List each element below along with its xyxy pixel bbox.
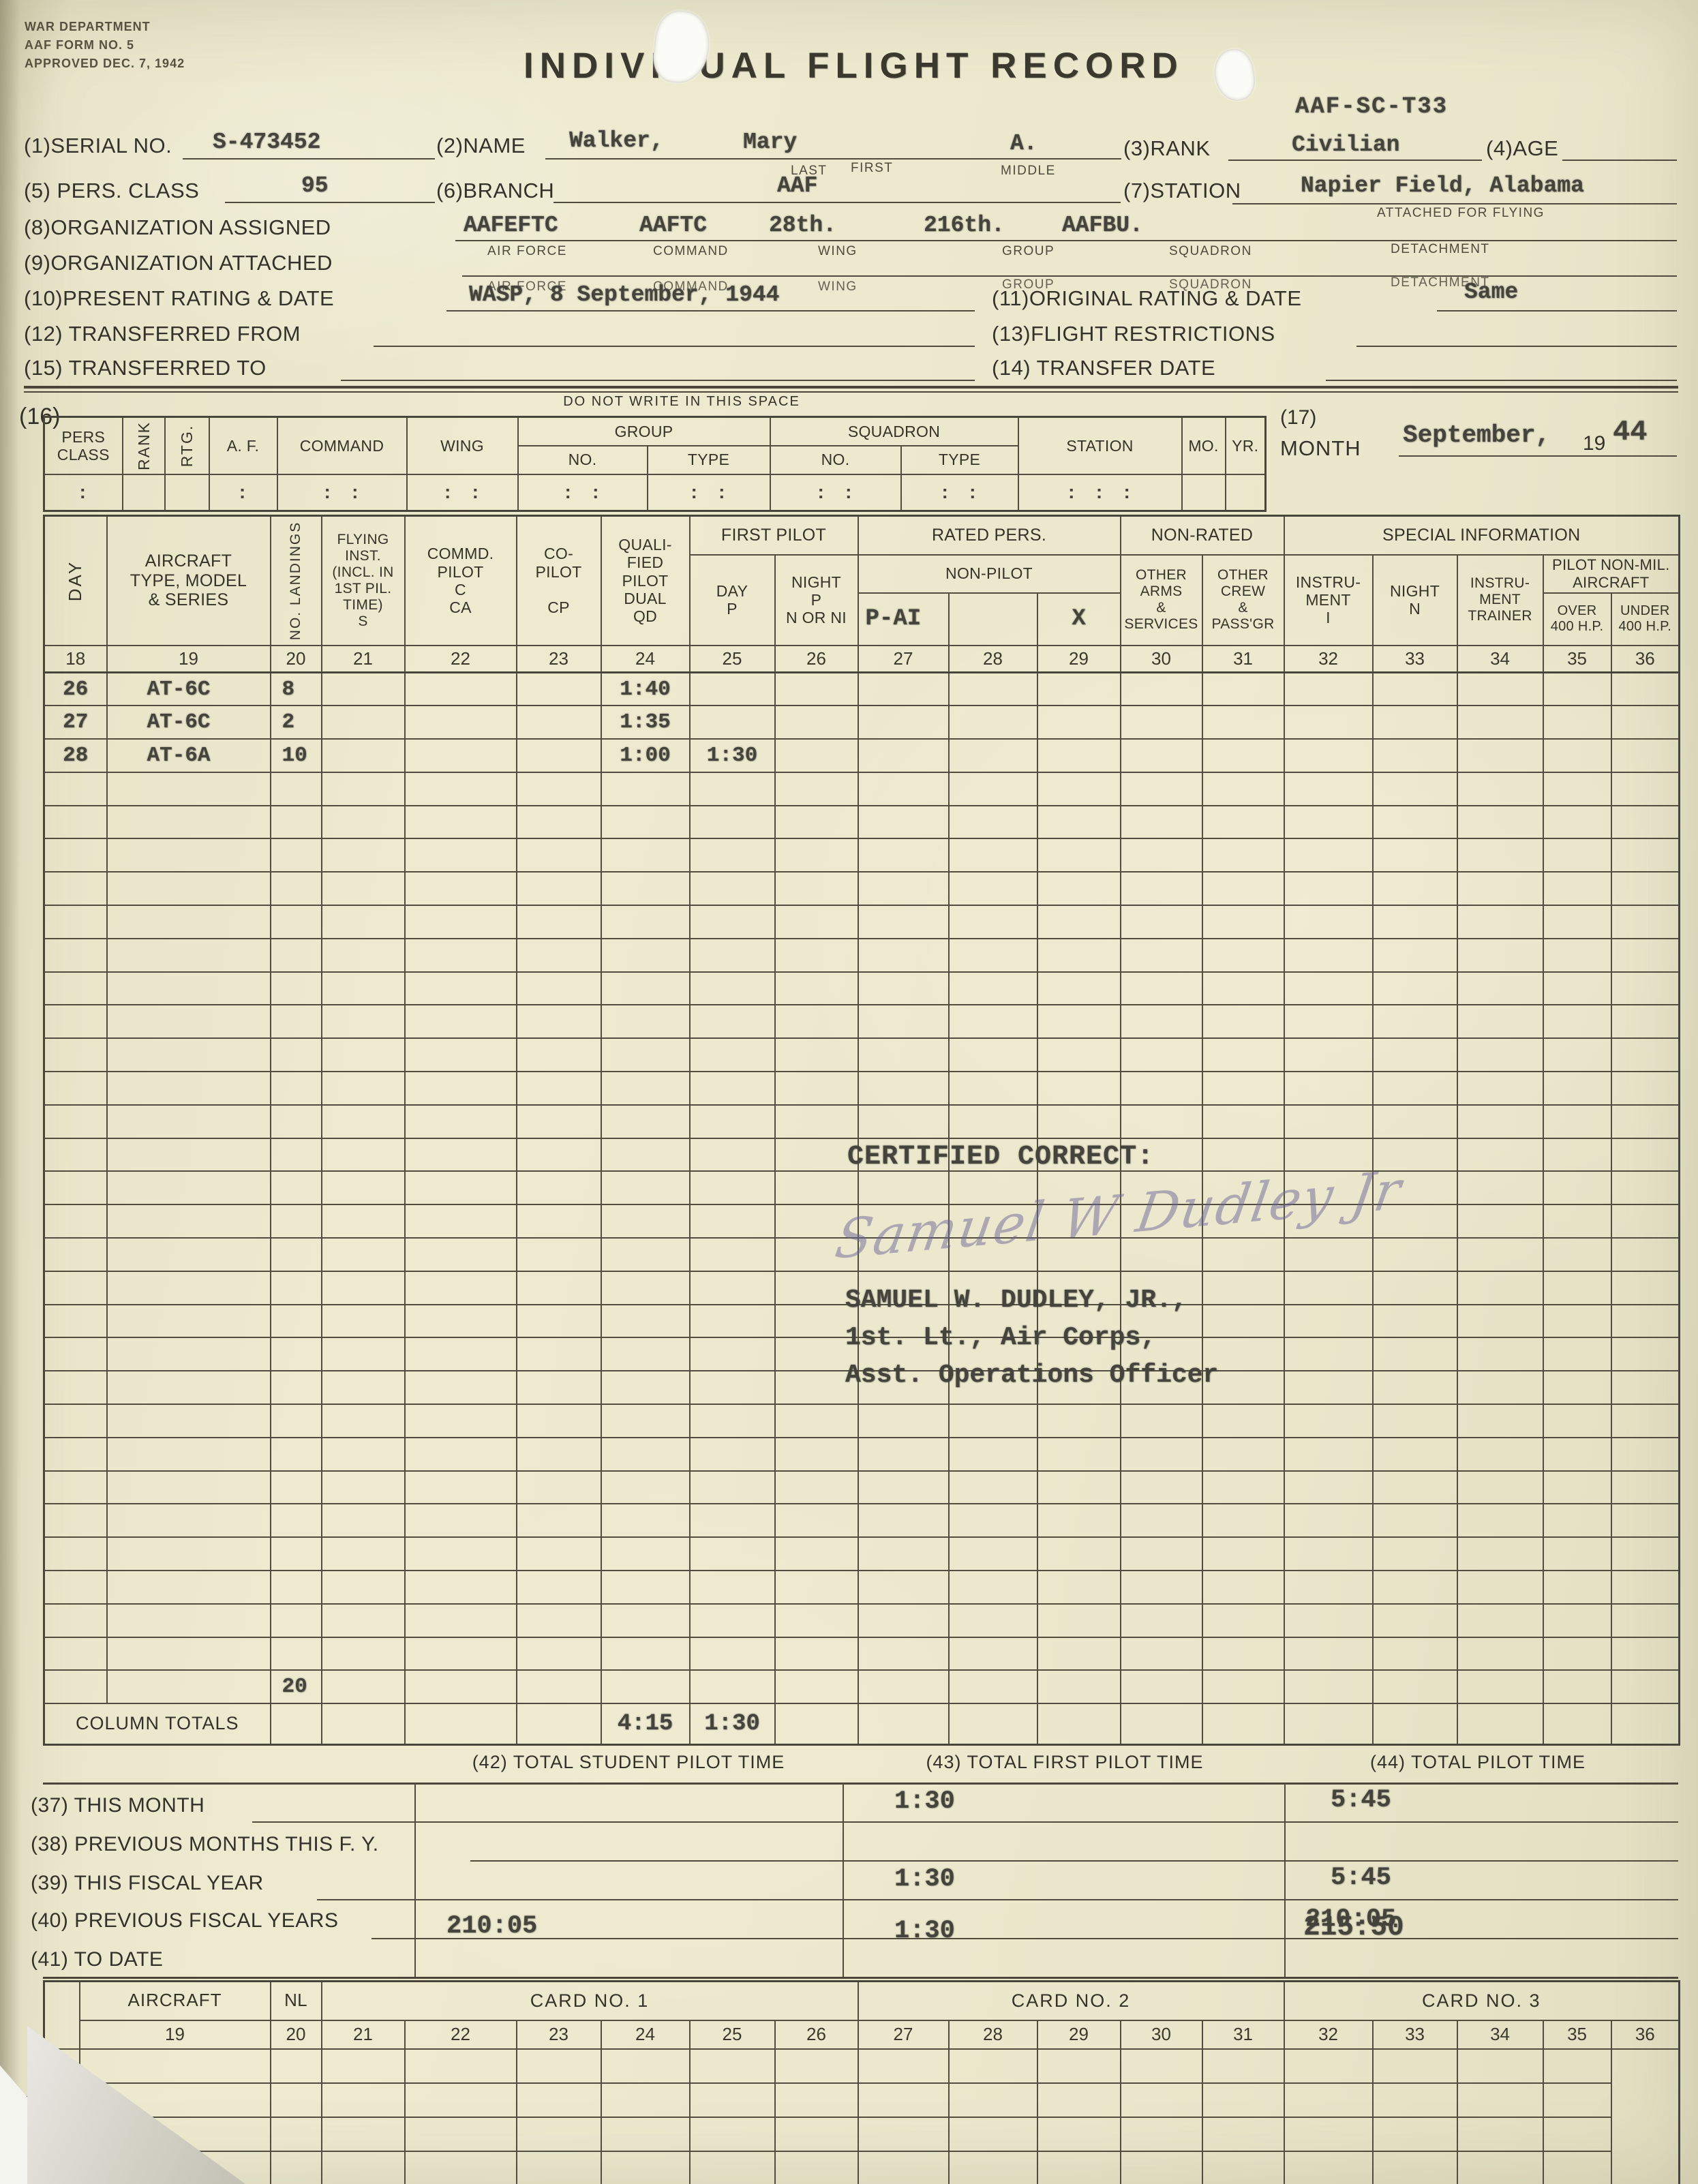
card-cell [690, 2049, 775, 2083]
flight-cell [405, 1238, 517, 1271]
month-underline [1399, 455, 1677, 457]
row37-underline [252, 1821, 1678, 1823]
name-first-value: Mary [743, 130, 797, 155]
card-column-number: 34 [1457, 2020, 1543, 2049]
col-mo: MO. [1182, 417, 1226, 474]
col-squadron: SQUADRON [770, 417, 1018, 446]
group-sublabel: GROUP [1002, 244, 1055, 259]
card-cell [271, 2117, 322, 2151]
flight-cell [690, 1271, 775, 1305]
flight-cell [517, 739, 601, 772]
col-instrument: INSTRU- MENT I [1284, 555, 1373, 646]
flight-cell [405, 1305, 517, 1338]
flight-cell [517, 872, 601, 905]
flight-cell [775, 1072, 858, 1105]
org-attached-underline [462, 275, 1677, 277]
flight-cell [107, 939, 271, 972]
card-cell [1121, 2151, 1202, 2184]
flight-cell [271, 872, 322, 905]
col-group-no: NO. [518, 446, 648, 474]
column-number: 34 [1457, 646, 1543, 673]
col-under-400: UNDER 400 H.P. [1611, 593, 1680, 646]
flight-cell [107, 1571, 271, 1604]
flight-row [44, 1537, 1680, 1571]
flight-cell [1611, 1537, 1680, 1571]
flight-cell [1543, 1138, 1611, 1172]
flight-cell [1373, 1072, 1457, 1105]
org-assigned-group: 216th. [924, 213, 1005, 238]
flight-cell [949, 1105, 1037, 1138]
card-col-aircraft: AIRCRAFT [80, 1982, 271, 2020]
flight-cell [1037, 838, 1121, 872]
flight-cell [271, 1537, 322, 1571]
flight-cell [858, 1637, 949, 1671]
flight-cell [1202, 1438, 1284, 1471]
flight-cell [271, 838, 322, 872]
flight-cell [1121, 1072, 1202, 1105]
flight-cell [601, 1471, 690, 1504]
flight-cell [405, 972, 517, 1005]
card-cell [322, 2083, 405, 2117]
flight-cell [1543, 706, 1611, 739]
flight-cell [1373, 1005, 1457, 1038]
present-rating-value: WASP, 8 September, 1944 [469, 282, 779, 307]
flight-cell [775, 838, 858, 872]
flight-cell [690, 838, 775, 872]
card-cell [949, 2083, 1037, 2117]
squadron-sublabel: SQUADRON [1169, 244, 1252, 259]
flight-cell [107, 1438, 271, 1471]
flight-cell [517, 1271, 601, 1305]
flight-cell [322, 673, 405, 706]
flight-cell [1543, 1171, 1611, 1204]
flight-cell [1373, 1571, 1457, 1604]
flight-cell [405, 1537, 517, 1571]
flight-cell [107, 806, 271, 839]
row38-underline [470, 1860, 1678, 1862]
flight-cell [405, 1171, 517, 1204]
flight-cell [1543, 1005, 1611, 1038]
flight-cell [107, 1005, 271, 1038]
flight-cell [1202, 1038, 1284, 1072]
flight-cell [1611, 939, 1680, 972]
flight-cell [322, 706, 405, 739]
flight-cell [517, 1604, 601, 1637]
flight-cell [405, 1337, 517, 1371]
flight-cell [44, 1371, 107, 1404]
flight-cell [44, 1072, 107, 1105]
flight-cell [775, 1404, 858, 1438]
flight-row [44, 1404, 1680, 1438]
card-cell [1373, 2117, 1457, 2151]
flight-cell [1611, 1670, 1680, 1703]
flight-cell [517, 1471, 601, 1504]
flight-cell [1202, 1637, 1284, 1671]
flight-cell [1202, 1404, 1284, 1438]
transfer-date-underline [1326, 380, 1677, 381]
org-assigned-airforce: AAFEFTC [464, 213, 558, 238]
flight-cell [601, 1670, 690, 1703]
flight-cell [1457, 1404, 1543, 1438]
card-cell [1284, 2049, 1373, 2083]
card-column-number: 30 [1121, 2020, 1202, 2049]
flight-cell [601, 939, 690, 972]
flight-cell [1037, 1604, 1121, 1637]
flight-cell [1373, 1604, 1457, 1637]
flight-cell [44, 1504, 107, 1537]
card-cell [1543, 2049, 1611, 2083]
original-rating-underline [1437, 310, 1677, 312]
transferred-to-label: (15) TRANSFERRED TO [24, 356, 267, 380]
flight-cell [949, 1670, 1037, 1703]
detachment-sublabel: DETACHMENT [1391, 242, 1490, 257]
flight-cell [775, 1138, 858, 1172]
wing-sublabel-2: WING [818, 279, 858, 294]
flight-cell [1611, 1238, 1680, 1271]
card-cell [1037, 2117, 1121, 2151]
flight-cell [858, 1537, 949, 1571]
flight-cell [107, 1471, 271, 1504]
flight-cell [949, 939, 1037, 972]
col-command: COMMAND [277, 417, 407, 474]
flight-cell [322, 838, 405, 872]
flight-cell [1543, 1438, 1611, 1471]
flight-cell [1373, 1504, 1457, 1537]
card-cell [858, 2151, 949, 2184]
first-sublabel: FIRST [851, 161, 893, 176]
col-pers-class: PERS CLASS [44, 417, 123, 474]
flight-cell [1543, 1404, 1611, 1438]
column-number: 32 [1284, 646, 1373, 673]
flight-cell [271, 939, 322, 972]
org-assigned-wing: 28th. [769, 213, 836, 238]
card-column-number: 22 [405, 2020, 517, 2049]
flight-cell [44, 1537, 107, 1571]
flight-cell [601, 1005, 690, 1038]
flight-cell [775, 1171, 858, 1204]
flight-cell [601, 1371, 690, 1404]
flight-cell [1284, 673, 1373, 706]
flight-cell [601, 1337, 690, 1371]
col-over-400: OVER 400 H.P. [1543, 593, 1611, 646]
flight-cell [1373, 905, 1457, 939]
to-date-student: 210:05 [446, 1912, 537, 1941]
flight-cell: 8 [271, 673, 322, 706]
flight-cell [517, 1670, 601, 1703]
card-cell [858, 2117, 949, 2151]
row39-underline [317, 1899, 1678, 1900]
card-cell [1202, 2151, 1284, 2184]
flight-cell [517, 1038, 601, 1072]
col-other-crew: OTHER CREW & PASS'GR [1202, 555, 1284, 646]
flight-cell [271, 772, 322, 806]
pers-class-label: (5) PERS. CLASS [24, 179, 199, 203]
flight-cell [517, 1404, 601, 1438]
flight-cell [1457, 1571, 1543, 1604]
flight-cell [1543, 939, 1611, 972]
branch-underline [554, 202, 1121, 203]
flight-cell [601, 1571, 690, 1604]
flight-cell [690, 1005, 775, 1038]
card-no-2: CARD NO. 2 [858, 1982, 1284, 2020]
flight-cell [775, 1670, 858, 1703]
flight-cell: 2 [271, 706, 322, 739]
flight-cell [322, 1438, 405, 1471]
col-wing: WING [407, 417, 518, 474]
flight-cell [1037, 1404, 1121, 1438]
flight-cell [1284, 1670, 1373, 1703]
flight-cell [405, 872, 517, 905]
flight-cell [517, 673, 601, 706]
flight-cell [601, 1204, 690, 1238]
flight-cell [1611, 1404, 1680, 1438]
card-table: AIRCRAFT NL CARD NO. 1 CARD NO. 2 CARD N… [43, 1980, 1680, 2184]
flight-cell [1457, 1504, 1543, 1537]
card-cell [690, 2083, 775, 2117]
card-cell [271, 2083, 322, 2117]
col-flying-inst: FLYING INST. (INCL. IN 1ST PIL. TIME) S [322, 516, 405, 646]
flight-cell [322, 1471, 405, 1504]
card-cell [1121, 2049, 1202, 2083]
flight-cell [949, 1604, 1037, 1637]
flight-cell [1037, 1637, 1121, 1671]
flight-cell [517, 1105, 601, 1138]
flight-cell [107, 1038, 271, 1072]
flight-cell [107, 1138, 271, 1172]
total-student-pilot-time-label: (42) TOTAL STUDENT PILOT TIME [424, 1752, 833, 1773]
flight-cell [1543, 1571, 1611, 1604]
flight-cell: 26 [44, 673, 107, 706]
flight-cell [1457, 872, 1543, 905]
flight-cell [405, 1005, 517, 1038]
flight-cell [1284, 1371, 1373, 1404]
flight-cell [1121, 1537, 1202, 1571]
flight-cell [1284, 1305, 1373, 1338]
flight-cell [405, 1404, 517, 1438]
total-first-pilot-day: 1:30 [690, 1703, 775, 1744]
card-cell [858, 2083, 949, 2117]
flight-cell [1611, 905, 1680, 939]
flight-cell [1121, 1571, 1202, 1604]
column-number: 29 [1037, 646, 1121, 673]
flight-cell [107, 1337, 271, 1371]
flight-row: 27AT-6C21:35 [44, 706, 1680, 739]
flight-cell [405, 673, 517, 706]
col-rank: RANK [123, 417, 165, 474]
flight-cell [690, 1571, 775, 1604]
certifier-rank: 1st. Lt., Air Corps, [845, 1323, 1156, 1352]
flight-row [44, 1105, 1680, 1138]
flight-cell [271, 1504, 322, 1537]
flight-cell [44, 772, 107, 806]
attached-for-flying-sublabel: ATTACHED FOR FLYING [1377, 206, 1545, 221]
transferred-to-underline [341, 380, 975, 381]
flight-cell [949, 1072, 1037, 1105]
flight-cell [1202, 772, 1284, 806]
flight-cell [1373, 806, 1457, 839]
flight-cell [1284, 939, 1373, 972]
card-cell [1457, 2117, 1543, 2151]
flight-cell [601, 1105, 690, 1138]
flight-cell [775, 972, 858, 1005]
flight-cell [322, 1371, 405, 1404]
flight-cell [271, 1604, 322, 1637]
flight-cell [949, 1005, 1037, 1038]
flight-cell [107, 1404, 271, 1438]
flight-cell [1037, 872, 1121, 905]
card-cell [1543, 2151, 1611, 2184]
flight-cell [1457, 1105, 1543, 1138]
flight-log-table: DAY AIRCRAFT TYPE, MODEL & SERIES NO. LA… [43, 515, 1680, 1746]
group-special-info: SPECIAL INFORMATION [1284, 516, 1680, 555]
flight-cell [1037, 673, 1121, 706]
flight-row [44, 1072, 1680, 1105]
card-table-body [44, 2049, 1680, 2184]
flight-cell [1373, 1038, 1457, 1072]
flight-cell [271, 1371, 322, 1404]
flight-row [44, 1571, 1680, 1604]
flight-cell [858, 1571, 949, 1604]
card-column-number: 32 [1284, 2020, 1373, 2049]
flight-cell: 1:40 [601, 673, 690, 706]
this-month-total: 5:45 [1331, 1786, 1391, 1815]
card-row [44, 2117, 1680, 2151]
flight-cell [690, 1138, 775, 1172]
flight-cell [107, 1670, 271, 1703]
flight-cell [1611, 972, 1680, 1005]
flight-cell [1457, 706, 1543, 739]
flight-cell [858, 772, 949, 806]
card-column-number: 29 [1037, 2020, 1121, 2049]
flight-cell [1611, 1471, 1680, 1504]
flight-cell [858, 706, 949, 739]
flight-cell [601, 1604, 690, 1637]
flight-cell [775, 739, 858, 772]
flight-cell [405, 1438, 517, 1471]
flight-cell [1373, 1670, 1457, 1703]
flight-cell [601, 905, 690, 939]
flight-cell [107, 905, 271, 939]
flight-cell [322, 1038, 405, 1072]
flight-row [44, 939, 1680, 972]
flight-cell [322, 1637, 405, 1671]
card-no-3: CARD NO. 3 [1284, 1982, 1680, 2020]
flight-cell [517, 1637, 601, 1671]
flight-cell [1457, 1371, 1543, 1404]
flight-cell [107, 1072, 271, 1105]
card-cell [949, 2151, 1037, 2184]
total-first-pilot-time-label: (43) TOTAL FIRST PILOT TIME [860, 1752, 1269, 1773]
station-value: Napier Field, Alabama [1301, 173, 1584, 198]
flight-cell [1373, 1471, 1457, 1504]
flight-cell [517, 1138, 601, 1172]
flight-cell [322, 1670, 405, 1703]
station-underline [1232, 203, 1677, 204]
flight-cell [1037, 1005, 1121, 1038]
flight-cell [1457, 1670, 1543, 1703]
card-cell [1543, 2117, 1611, 2151]
column-number: 30 [1121, 646, 1202, 673]
flight-cell [1202, 1571, 1284, 1604]
flight-cell [44, 838, 107, 872]
card-cell [775, 2049, 858, 2083]
flight-cell [1284, 1005, 1373, 1038]
card-no-1: CARD NO. 1 [322, 1982, 858, 2020]
flight-cell [1457, 1171, 1543, 1204]
serial-underline [183, 158, 435, 160]
card-cell [405, 2083, 517, 2117]
column-number: 36 [1611, 646, 1680, 673]
flight-cell [517, 1337, 601, 1371]
form-number-label: AAF FORM NO. 5 [25, 36, 185, 55]
flight-cell [775, 1571, 858, 1604]
flight-cell [1457, 1537, 1543, 1571]
flight-cell [1121, 1038, 1202, 1072]
flight-cell [601, 838, 690, 872]
flight-record-form: WAR DEPARTMENT AAF FORM NO. 5 APPROVED D… [0, 0, 1698, 2184]
flight-cell [1284, 1105, 1373, 1138]
flight-cell [949, 673, 1037, 706]
flight-cell [322, 739, 405, 772]
flight-cell [1457, 1438, 1543, 1471]
flight-cell: AT-6C [107, 673, 271, 706]
col-squadron-no: NO. [770, 446, 901, 474]
routing-table: PERS CLASS RANK RTG. A. F. COMMAND WING … [43, 416, 1267, 512]
flight-row [44, 806, 1680, 839]
flight-cell [271, 1337, 322, 1371]
flight-cell [1543, 1072, 1611, 1105]
flight-cell [1284, 838, 1373, 872]
row40-underline [372, 1938, 1678, 1939]
air-force-sublabel: AIR FORCE [487, 244, 567, 259]
flight-cell [44, 1305, 107, 1338]
flight-cell [601, 806, 690, 839]
flight-cell [690, 806, 775, 839]
flight-cell [405, 806, 517, 839]
flight-cell [44, 1204, 107, 1238]
flight-restrictions-label: (13)FLIGHT RESTRICTIONS [992, 322, 1275, 346]
flight-cell [1611, 1337, 1680, 1371]
flight-cell [1373, 1105, 1457, 1138]
flight-cell [405, 1504, 517, 1537]
flight-cell [44, 806, 107, 839]
flight-cell [690, 1038, 775, 1072]
certifier-name: SAMUEL W. DUDLEY, JR., [845, 1286, 1187, 1315]
flight-cell [858, 1438, 949, 1471]
flight-cell [1457, 806, 1543, 839]
flight-cell [1202, 1471, 1284, 1504]
flight-cell [44, 1670, 107, 1703]
flight-cell [690, 1471, 775, 1504]
card-cell [1457, 2083, 1543, 2117]
flight-cell [517, 1072, 601, 1105]
col-squadron-type: TYPE [901, 446, 1018, 474]
card-row [44, 2083, 1680, 2117]
flight-cell: AT-6A [107, 739, 271, 772]
flight-cell [1457, 1038, 1543, 1072]
flight-cell [775, 939, 858, 972]
flight-cell [858, 972, 949, 1005]
flight-cell: 1:35 [601, 706, 690, 739]
month-number: (17) [1280, 406, 1316, 429]
flight-cell [517, 838, 601, 872]
card-cell [1543, 2083, 1611, 2117]
flight-cell [1543, 972, 1611, 1005]
card-column-number: 23 [517, 2020, 601, 2049]
station-label: (7)STATION [1123, 179, 1241, 203]
side-label-cell [44, 1982, 80, 2049]
flight-cell [1037, 972, 1121, 1005]
